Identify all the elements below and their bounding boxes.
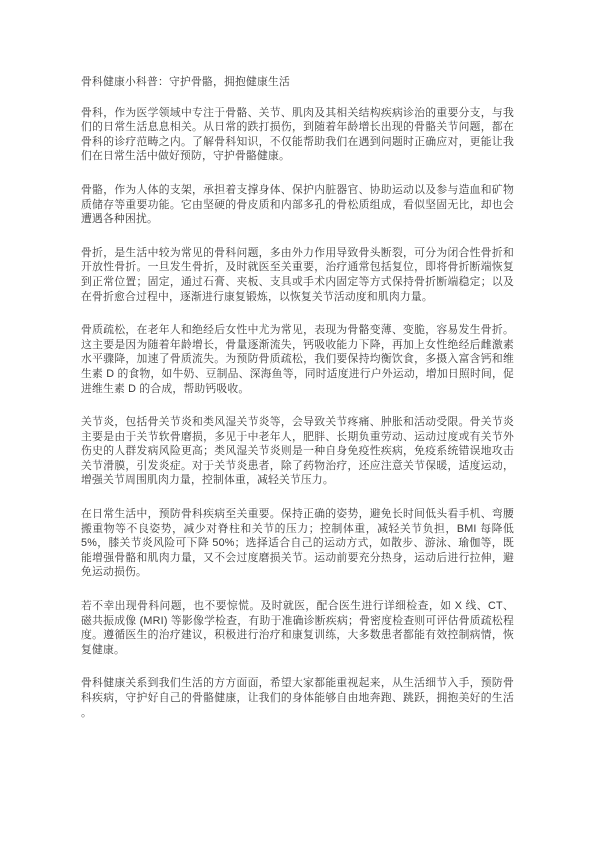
paragraph-arthritis: 关节炎，包括骨关节炎和类风湿关节炎等，会导致关节疼痛、肿胀和活动受限。骨关节炎主… — [81, 415, 514, 488]
paragraph-fractures: 骨折，是生活中较为常见的骨科问题，多由外力作用导致骨头断裂，可分为闭合性骨折和开… — [81, 246, 514, 304]
paragraph-osteoporosis: 骨质疏松，在老年人和绝经后女性中尤为常见，表现为骨骼变薄、变脆，容易发生骨折。这… — [81, 323, 514, 396]
paragraph-orthopedics-intro: 骨科，作为医学领域中专注于骨骼、关节、肌肉及其相关结构疾病诊治的重要分支，与我们… — [81, 106, 514, 164]
document-title: 骨科健康小科普：守护骨骼，拥抱健康生活 — [81, 75, 514, 90]
paragraph-diagnosis-treatment: 若不幸出现骨科问题，也不要惊慌。及时就医，配合医生进行详细检查，如 X 线、CT… — [81, 599, 514, 657]
paragraph-bone-functions: 骨骼，作为人体的支架，承担着支撑身体、保护内脏器官、协助运动以及参与造血和矿物质… — [81, 183, 514, 227]
document-page: 骨科健康小科普：守护骨骼，拥抱健康生活 骨科，作为医学领域中专注于骨骼、关节、肌… — [0, 0, 595, 841]
paragraph-daily-prevention: 在日常生活中，预防骨科疾病至关重要。保持正确的姿势，避免长时间低头看手机、弯腰搬… — [81, 507, 514, 580]
paragraph-conclusion: 骨科健康关系到我们生活的方方面面，希望大家都能重视起来，从生活细节入手，预防骨科… — [81, 676, 514, 720]
